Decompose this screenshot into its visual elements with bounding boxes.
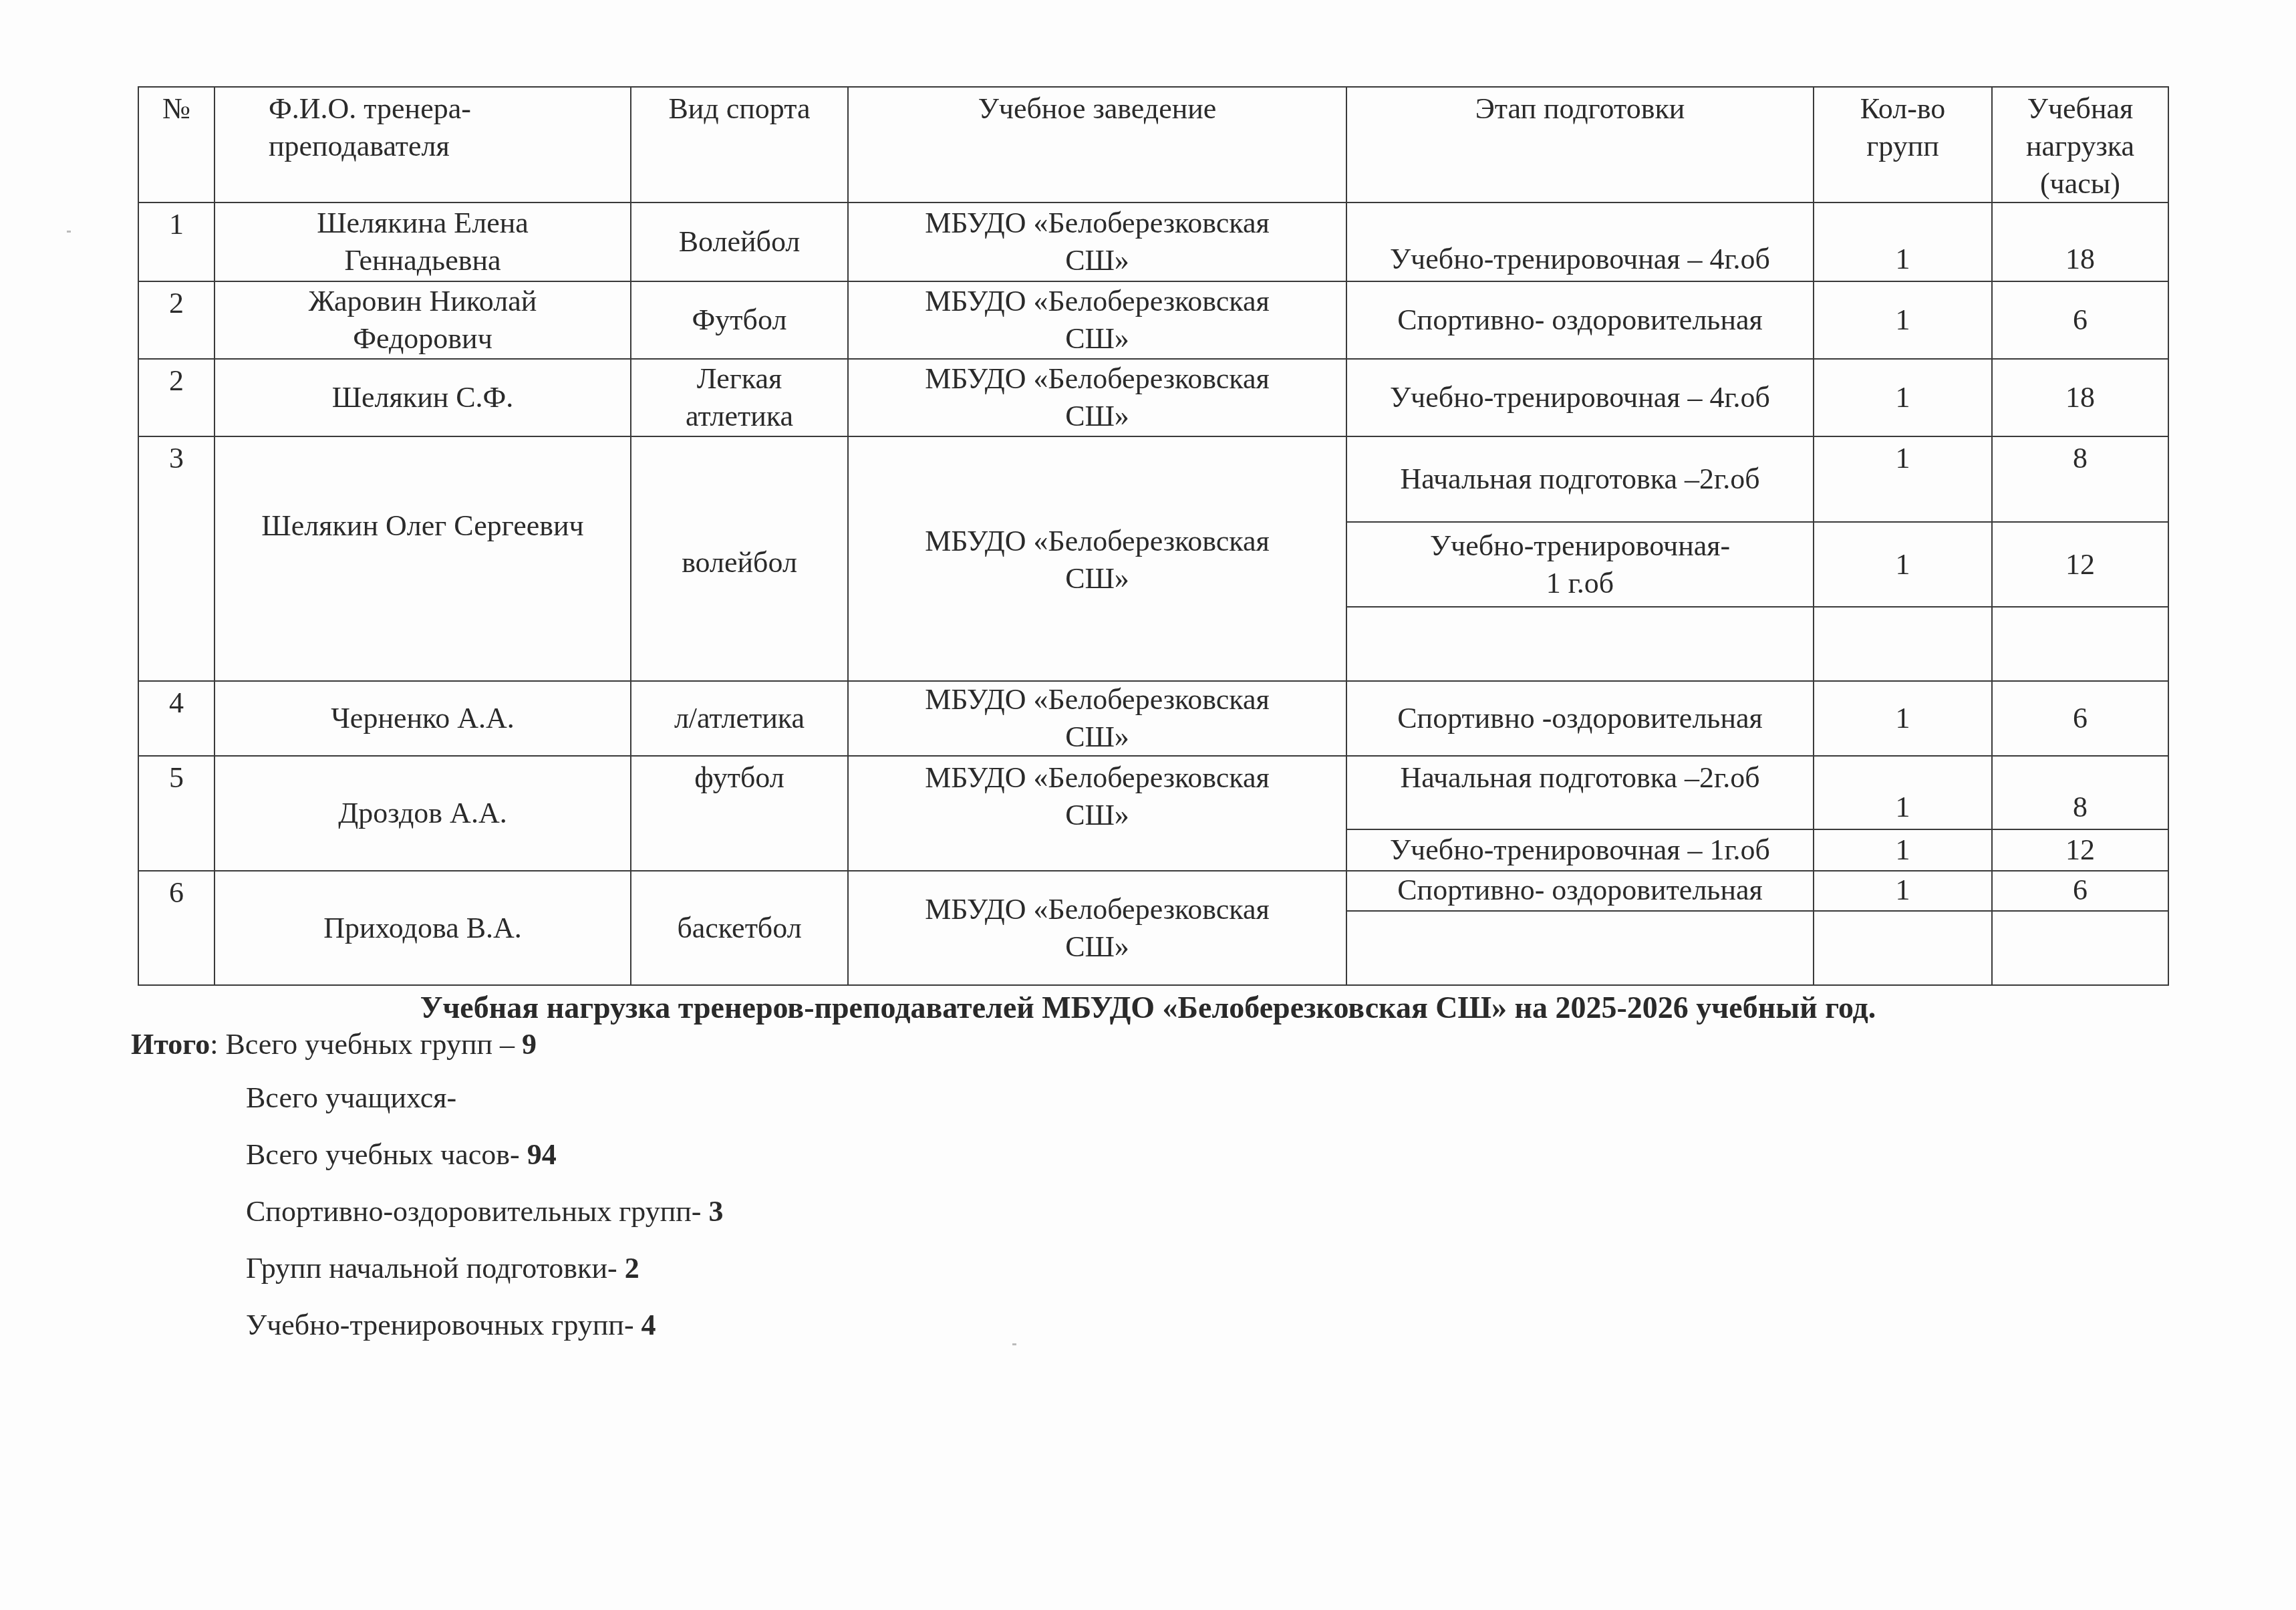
summary-text-6: Учебно-тренировочных групп- <box>246 1309 641 1341</box>
row-5-stage: Спортивно -оздоровительная <box>1346 680 1814 757</box>
row-4-stage-1: Начальная подготовка –2г.об <box>1346 436 1814 523</box>
row-4-hours-3 <box>1991 606 2169 682</box>
header-hours: Учебная нагрузка (часы) <box>1991 86 2169 203</box>
header-name: Ф.И.О. тренера- преподавателя <box>214 86 631 203</box>
row-5-num: 4 <box>138 680 215 757</box>
row-6-num: 5 <box>138 755 215 871</box>
header-num: № <box>138 86 215 203</box>
row-7-stage-2 <box>1346 910 1814 986</box>
row-7-hours-2 <box>1991 910 2169 986</box>
row-1-sport: Волейбол <box>630 202 849 282</box>
row-4-hours-2: 12 <box>1991 521 2169 608</box>
row-1-name: Шелякина Елена Геннадьевна <box>214 202 631 282</box>
row-3-hours: 18 <box>1991 358 2169 437</box>
summary-text-2: Всего учащихся- <box>246 1081 456 1114</box>
summary-value-3: 94 <box>527 1138 557 1171</box>
row-4-name: Шелякин Олег Сергеевич <box>214 436 631 682</box>
row-4-num: 3 <box>138 436 215 682</box>
header-groups: Кол-во групп <box>1813 86 1993 203</box>
header-institution: Учебное заведение <box>847 86 1347 203</box>
row-6-institution: МБУДО «Белоберезковская СШ» <box>847 755 1347 871</box>
row-5-sport: л/атлетика <box>630 680 849 757</box>
summary-line-4: Спортивно-оздоровительных групп- 3 <box>246 1193 723 1230</box>
row-7-num: 6 <box>138 870 215 986</box>
row-6-groups-2: 1 <box>1813 829 1993 871</box>
row-7-institution: МБУДО «Белоберезковская СШ» <box>847 870 1347 986</box>
row-4-hours-1: 8 <box>1991 436 2169 523</box>
row-2-hours: 6 <box>1991 281 2169 360</box>
summary-value-6: 4 <box>641 1309 656 1341</box>
summary-text-5: Групп начальной подготовки- <box>246 1252 625 1285</box>
row-7-groups-2 <box>1813 910 1993 986</box>
row-7-name: Приходова В.А. <box>214 870 631 986</box>
header-stage: Этап подготовки <box>1346 86 1814 203</box>
row-6-hours-2: 12 <box>1991 829 2169 871</box>
summary-text-3: Всего учебных часов- <box>246 1138 527 1171</box>
row-5-name: Черненко А.А. <box>214 680 631 757</box>
summary-value-4: 3 <box>708 1195 723 1228</box>
row-3-name: Шелякин С.Ф. <box>214 358 631 437</box>
summary-value-1: 9 <box>522 1028 537 1061</box>
header-sport: Вид спорта <box>630 86 849 203</box>
row-2-name: Жаровин Николай Федорович <box>214 281 631 360</box>
summary-line-6: Учебно-тренировочных групп- 4 <box>246 1307 656 1344</box>
row-3-num: 2 <box>138 358 215 437</box>
row-7-groups-1: 1 <box>1813 870 1993 912</box>
row-6-stage-2: Учебно-тренировочная – 1г.об <box>1346 829 1814 871</box>
summary-text-4: Спортивно-оздоровительных групп- <box>246 1195 708 1228</box>
row-4-stage-3 <box>1346 606 1814 682</box>
row-7-stage-1: Спортивно- оздоровительная <box>1346 870 1814 912</box>
row-3-stage: Учебно-тренировочная – 4г.об <box>1346 358 1814 437</box>
row-7-sport: баскетбол <box>630 870 849 986</box>
row-4-groups-3 <box>1813 606 1993 682</box>
row-6-groups-1: 1 <box>1813 755 1993 830</box>
row-1-stage: Учебно-тренировочная – 4г.об <box>1346 202 1814 282</box>
row-6-hours-1: 8 <box>1991 755 2169 830</box>
scan-speck <box>67 231 71 233</box>
row-6-name: Дроздов А.А. <box>214 755 631 871</box>
row-4-stage-2: Учебно-тренировочная- 1 г.об <box>1346 521 1814 608</box>
summary-label: Итого <box>131 1028 210 1061</box>
row-4-sport: волейбол <box>630 436 849 682</box>
row-5-institution: МБУДО «Белоберезковская СШ» <box>847 680 1347 757</box>
summary-colon: : <box>210 1028 225 1061</box>
row-5-groups: 1 <box>1813 680 1993 757</box>
row-6-stage-1: Начальная подготовка –2г.об <box>1346 755 1814 830</box>
scan-speck <box>1012 1343 1016 1345</box>
row-3-sport: Легкая атлетика <box>630 358 849 437</box>
summary-value-5: 2 <box>625 1252 639 1285</box>
summary-line-3: Всего учебных часов- 94 <box>246 1136 557 1174</box>
row-2-groups: 1 <box>1813 281 1993 360</box>
summary-line-1: Итого: Всего учебных групп – 9 <box>131 1026 537 1063</box>
row-4-groups-2: 1 <box>1813 521 1993 608</box>
summary-line-5: Групп начальной подготовки- 2 <box>246 1250 639 1287</box>
row-1-groups: 1 <box>1813 202 1993 282</box>
row-7-hours-1: 6 <box>1991 870 2169 912</box>
document-page: № Ф.И.О. тренера- преподавателя Вид спор… <box>0 0 2296 1610</box>
row-6-sport: футбол <box>630 755 849 871</box>
row-3-institution: МБУДО «Белоберезковская СШ» <box>847 358 1347 437</box>
summary-text-1: Всего учебных групп – <box>225 1028 522 1061</box>
row-2-num: 2 <box>138 281 215 360</box>
row-4-groups-1: 1 <box>1813 436 1993 523</box>
row-2-sport: Футбол <box>630 281 849 360</box>
row-4-institution: МБУДО «Белоберезковская СШ» <box>847 436 1347 682</box>
row-2-stage: Спортивно- оздоровительная <box>1346 281 1814 360</box>
summary-line-2: Всего учащихся- <box>246 1079 456 1117</box>
row-5-hours: 6 <box>1991 680 2169 757</box>
row-1-num: 1 <box>138 202 215 282</box>
row-2-institution: МБУДО «Белоберезковская СШ» <box>847 281 1347 360</box>
row-3-groups: 1 <box>1813 358 1993 437</box>
row-1-institution: МБУДО «Белоберезковская СШ» <box>847 202 1347 282</box>
document-caption: Учебная нагрузка тренеров-преподавателей… <box>0 988 2296 1028</box>
row-1-hours: 18 <box>1991 202 2169 282</box>
